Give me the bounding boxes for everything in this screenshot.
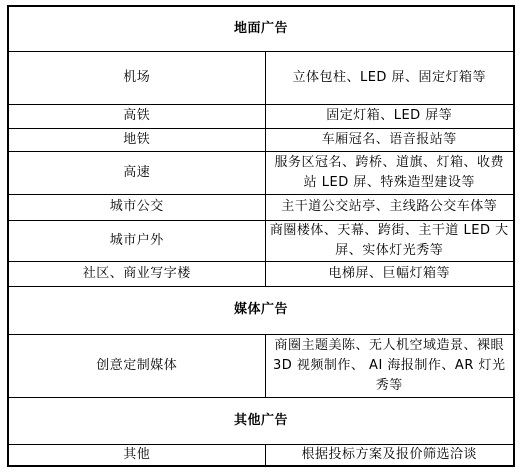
document-page: 地面广告 机场 立体包柱、LED 屏、固定灯箱等 高铁 固定灯箱、LED 屏等 … [0,0,520,475]
detail-cell: 立体包柱、LED 屏、固定灯箱等 [265,51,514,104]
category-cell: 高速 [8,151,265,194]
detail-cell: 商圈主题美陈、无人机空域造景、裸眼 3D 视频制作、 AI 海报制作、AR 灯光… [265,334,514,397]
detail-cell: 车厢冠名、语音报站等 [265,128,514,151]
table-row-subway: 地铁 车厢冠名、语音报站等 [8,128,514,151]
table-row-other: 其他 根据投标方案及报价筛选洽谈 [8,444,514,466]
section-title-other-ads: 其他广告 [8,397,514,444]
section-header-row-other: 其他广告 [8,397,514,444]
section-header-row-ground: 地面广告 [8,6,514,51]
category-cell: 城市公交 [8,194,265,220]
section-title-media-ads: 媒体广告 [8,286,514,334]
category-cell: 社区、商业写字楼 [8,261,265,286]
category-cell: 机场 [8,51,265,104]
detail-cell: 固定灯箱、LED 屏等 [265,104,514,128]
table-row-community-office: 社区、商业写字楼 电梯屏、巨幅灯箱等 [8,261,514,286]
table-row-expressway: 高速 服务区冠名、跨桥、道旗、灯箱、收费站 LED 屏、特殊造型建设等 [8,151,514,194]
detail-cell: 商圈楼体、天幕、跨街、主干道 LED 大屏、实体灯光秀等 [265,220,514,261]
table-row-city-outdoor: 城市户外 商圈楼体、天幕、跨街、主干道 LED 大屏、实体灯光秀等 [8,220,514,261]
table-row-highspeed-rail: 高铁 固定灯箱、LED 屏等 [8,104,514,128]
detail-cell: 主干道公交站亭、主线路公交车体等 [265,194,514,220]
category-cell: 创意定制媒体 [8,334,265,397]
detail-cell: 电梯屏、巨幅灯箱等 [265,261,514,286]
category-cell: 地铁 [8,128,265,151]
ad-categories-table: 地面广告 机场 立体包柱、LED 屏、固定灯箱等 高铁 固定灯箱、LED 屏等 … [7,5,515,467]
category-cell: 高铁 [8,104,265,128]
detail-cell: 服务区冠名、跨桥、道旗、灯箱、收费站 LED 屏、特殊造型建设等 [265,151,514,194]
category-cell: 其他 [8,444,265,466]
table-row-city-bus: 城市公交 主干道公交站亭、主线路公交车体等 [8,194,514,220]
section-header-row-media: 媒体广告 [8,286,514,334]
section-title-ground-ads: 地面广告 [8,6,514,51]
table-row-airport: 机场 立体包柱、LED 屏、固定灯箱等 [8,51,514,104]
table-row-creative-custom-media: 创意定制媒体 商圈主题美陈、无人机空域造景、裸眼 3D 视频制作、 AI 海报制… [8,334,514,397]
detail-cell: 根据投标方案及报价筛选洽谈 [265,444,514,466]
category-cell: 城市户外 [8,220,265,261]
